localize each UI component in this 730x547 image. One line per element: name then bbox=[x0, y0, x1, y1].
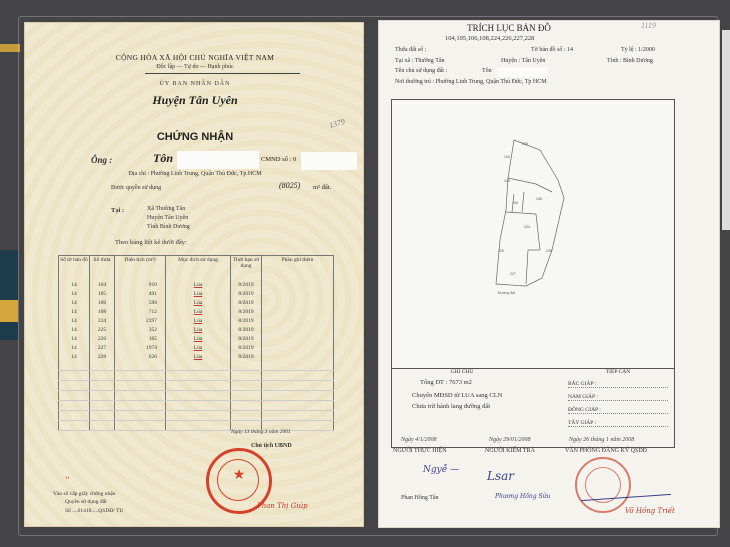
land-use: Lúa bbox=[194, 354, 203, 360]
empty-row bbox=[59, 411, 334, 421]
cell: Lúa bbox=[166, 343, 231, 352]
map-sheet: Tờ bản đồ số : 14 bbox=[531, 47, 573, 53]
district: Huyện : Tân Uyên bbox=[501, 58, 545, 64]
margin-note: 1119 bbox=[641, 21, 656, 30]
cell: 8/2019 bbox=[231, 280, 262, 289]
cell: 226 bbox=[90, 334, 115, 343]
cell: 14 bbox=[59, 307, 90, 316]
location-commune: Xã Thường Tân bbox=[147, 206, 185, 212]
map-extract-page: TRÍCH LỤC BẢN ĐỒ 1119 104,105,106,108,22… bbox=[378, 20, 720, 528]
cell: Lúa bbox=[166, 307, 231, 316]
owner-label: Tên chủ sử dụng đất : bbox=[395, 68, 447, 74]
cell: 712 bbox=[115, 307, 166, 316]
parcel-label-228: 228 bbox=[522, 142, 528, 146]
parcel-label-105: 105 bbox=[504, 179, 510, 183]
signer-name-3: Võ Hồng Triết bbox=[625, 507, 675, 515]
residence: Nơi thường trú : Phường Linh Trung, Quận… bbox=[395, 79, 547, 85]
table-intro: Theo bảng liệt kê dưới đây: bbox=[115, 239, 187, 246]
redacted-name bbox=[177, 151, 259, 169]
cell: 8/2019 bbox=[231, 289, 262, 298]
empty-row bbox=[59, 371, 334, 381]
col-header: Mục đích sử dụng bbox=[166, 256, 231, 281]
parcel-label-227: 227 bbox=[510, 272, 516, 276]
east-boundary: ĐÔNG GIÁP : bbox=[568, 407, 668, 414]
background-stripe bbox=[0, 250, 18, 340]
signer-name-2: Phương Hồng Sửu bbox=[495, 493, 550, 500]
cell: 14 bbox=[59, 289, 90, 298]
parcel-label: Thửa đất số : bbox=[395, 47, 426, 53]
cell bbox=[262, 280, 334, 289]
empty-row bbox=[59, 391, 334, 401]
cell: Lúa bbox=[166, 280, 231, 289]
certificate-title: CHỨNG NHẬN bbox=[25, 131, 364, 143]
cell: 8/2019 bbox=[231, 334, 262, 343]
background-stripe bbox=[0, 44, 20, 52]
table-row: 14108712Lúa8/2019 bbox=[59, 307, 334, 316]
cell: 14 bbox=[59, 334, 90, 343]
north-boundary: BẮC GIÁP : bbox=[568, 381, 668, 388]
cell bbox=[262, 298, 334, 307]
cell: 106 bbox=[90, 298, 115, 307]
access-heading: TIẾP CẬN bbox=[568, 369, 668, 375]
location-district: Huyện Tân Uyên bbox=[147, 215, 188, 221]
cell: 228 bbox=[90, 352, 115, 361]
cell: 598 bbox=[115, 298, 166, 307]
certificate-page: CỘNG HÒA XÃ HỘI CHỦ NGHĨA VIỆT NAM Độc l… bbox=[24, 22, 364, 527]
signature-role-3: VĂN PHÒNG ĐĂNG KÝ QSDĐ bbox=[565, 448, 647, 454]
signer-name-1: Phan Hồng Tân bbox=[401, 495, 439, 501]
motto: Độc lập — Tự do — Hạnh phúc bbox=[25, 64, 364, 70]
parcel-plot: 228 104 105 106 108 224 225 226 227 Đườn… bbox=[392, 100, 674, 368]
holder-label: Ông : bbox=[91, 155, 112, 165]
cell: 14 bbox=[59, 343, 90, 352]
registry-number: Số ....01410.....QSDĐ/ TU bbox=[65, 508, 123, 514]
cell bbox=[262, 343, 334, 352]
parcel-label-108: 108 bbox=[536, 197, 542, 201]
road-label: Đường đất bbox=[498, 291, 515, 295]
committee-label: ỦY BAN NHÂN DÂN bbox=[25, 81, 364, 87]
owner-name: Tôn bbox=[482, 68, 492, 74]
background-stripe bbox=[0, 300, 18, 322]
signature-role-1: NGƯỜI THỰC HIỆN bbox=[393, 448, 447, 454]
empty-row bbox=[59, 421, 334, 431]
empty-row bbox=[59, 361, 334, 371]
cell: 8/2019 bbox=[231, 352, 262, 361]
cell bbox=[262, 325, 334, 334]
cell: 105 bbox=[90, 289, 115, 298]
cell: Lúa bbox=[166, 352, 231, 361]
cell: 491 bbox=[115, 289, 166, 298]
area-unit: m² đất. bbox=[313, 184, 331, 191]
cell bbox=[262, 289, 334, 298]
cell: Lúa bbox=[166, 316, 231, 325]
holder-address: Địa chỉ : Phường Linh Trung, Quận Thủ Đứ… bbox=[25, 171, 364, 177]
cell: 14 bbox=[59, 352, 90, 361]
note-line-2: Chưa trừ hành lang đường đất bbox=[412, 403, 490, 410]
table-row: 14226165Lúa8/2019 bbox=[59, 334, 334, 343]
col-header: Phần ghi thêm bbox=[262, 256, 334, 281]
empty-row bbox=[59, 381, 334, 391]
empty-row bbox=[59, 401, 334, 411]
cell: 14 bbox=[59, 316, 90, 325]
signature-scribble-1: Ngyễ — bbox=[423, 465, 459, 475]
signature-date-2: Ngày 29/01/2008 bbox=[489, 437, 531, 443]
redacted-id bbox=[301, 152, 357, 170]
registry-line-2: Quyền sử dụng đất bbox=[65, 499, 107, 505]
south-boundary: NAM GIÁP : bbox=[568, 394, 668, 401]
cell: 108 bbox=[90, 307, 115, 316]
cell: 8/2019 bbox=[231, 325, 262, 334]
parcel-label-106: 106 bbox=[512, 201, 518, 205]
cell: 8/2019 bbox=[231, 343, 262, 352]
cell: 227 bbox=[90, 343, 115, 352]
cell: Lúa bbox=[166, 298, 231, 307]
registry-line-1: Vào sổ cấp giấy chứng nhận bbox=[53, 491, 115, 497]
col-header: Số tờ bản đồ bbox=[59, 256, 90, 281]
table-row: 14105491Lúa8/2019 bbox=[59, 289, 334, 298]
cell: Lúa bbox=[166, 289, 231, 298]
total-area: (8025) bbox=[279, 181, 300, 190]
table-row: 14225352Lúa8/2019 bbox=[59, 325, 334, 334]
map-scale: Tỷ lệ : 1/2000 bbox=[621, 47, 655, 53]
col-header: Diện tích (m²) bbox=[115, 256, 166, 281]
commune: Tại xã : Thường Tân bbox=[395, 58, 445, 64]
cell bbox=[262, 334, 334, 343]
notes-heading: GHI CHÚ bbox=[392, 369, 532, 375]
stamp-star-icon: ★ bbox=[209, 467, 269, 484]
col-header: Thời hạn sử dụng bbox=[231, 256, 262, 281]
land-use: Lúa bbox=[194, 318, 203, 324]
cell: 14 bbox=[59, 280, 90, 289]
parcel-label-226: 226 bbox=[546, 249, 552, 253]
cadastral-map: 228 104 105 106 108 224 225 226 227 Đườn… bbox=[391, 99, 675, 369]
signature-date-3: Ngày 26 tháng 1 năm 2008 bbox=[569, 437, 634, 443]
use-right-label: Được quyền sử dụng bbox=[111, 185, 161, 191]
parcel-label-224: 224 bbox=[524, 225, 530, 229]
province: Tỉnh : Bình Dương bbox=[607, 58, 653, 64]
registry-office-stamp bbox=[575, 457, 631, 513]
signature-date-1: Ngày 4/1/2008 bbox=[401, 437, 437, 443]
notes-section: GHI CHÚ Tổng DT : 7673 m2 Chuyển MĐSD từ… bbox=[391, 367, 675, 448]
col-header: Số thửa bbox=[90, 256, 115, 281]
total-area: Tổng DT : 7673 m2 bbox=[420, 379, 472, 386]
red-annotation: ʺ bbox=[65, 475, 69, 485]
land-use: Lúa bbox=[194, 345, 203, 351]
cell: 2197 bbox=[115, 316, 166, 325]
west-boundary: TÂY GIÁP : bbox=[568, 420, 668, 427]
table-row: 14106598Lúa8/2019 bbox=[59, 298, 334, 307]
cell: 352 bbox=[115, 325, 166, 334]
parcel-table: Số tờ bản đồ Số thửa Diện tích (m²) Mục … bbox=[58, 255, 334, 431]
chairman-signature: Phan Thị Giúp bbox=[257, 502, 308, 510]
land-use: Lúa bbox=[194, 309, 203, 315]
parcel-label-104: 104 bbox=[504, 155, 510, 159]
land-use: Lúa bbox=[194, 300, 203, 306]
land-use: Lúa bbox=[194, 282, 203, 288]
header-divider bbox=[145, 73, 300, 74]
redacted-owner bbox=[497, 67, 547, 77]
background-stripe bbox=[722, 30, 730, 230]
cell: 225 bbox=[90, 325, 115, 334]
cell: 8/2019 bbox=[231, 298, 262, 307]
land-use: Lúa bbox=[194, 327, 203, 333]
note-line-1: Chuyển MĐSD từ LUA sang CLN bbox=[412, 392, 502, 399]
cell: 165 bbox=[115, 334, 166, 343]
land-use: Lúa bbox=[194, 336, 203, 342]
signature-title: Chủ tịch UBND bbox=[251, 443, 292, 449]
id-label: CMND số : 0 bbox=[261, 156, 296, 163]
location-label: Tại : bbox=[111, 207, 124, 214]
cell: 14 bbox=[59, 325, 90, 334]
table-row: 14228626Lúa8/2019 bbox=[59, 352, 334, 361]
table-row: 142271974Lúa8/2019 bbox=[59, 343, 334, 352]
cell: 910 bbox=[115, 280, 166, 289]
cell: 8/2019 bbox=[231, 316, 262, 325]
cell bbox=[262, 352, 334, 361]
map-extract-title: TRÍCH LỤC BẢN ĐỒ bbox=[379, 23, 639, 33]
signature-date: Ngày 13 tháng 3 năm 2001 bbox=[231, 429, 291, 435]
cell: Lúa bbox=[166, 325, 231, 334]
cell bbox=[262, 316, 334, 325]
district-name: Huyện Tân Uyên bbox=[25, 93, 364, 108]
cell: Lúa bbox=[166, 334, 231, 343]
parcel-numbers: 104,105,106,108,224,226,227,228 bbox=[445, 35, 534, 42]
holder-name: Tôn bbox=[153, 151, 173, 166]
cell: 8/2019 bbox=[231, 307, 262, 316]
table-row: 14104910Lúa8/2019 bbox=[59, 280, 334, 289]
table-row: 142242197Lúa8/2019 bbox=[59, 316, 334, 325]
land-use: Lúa bbox=[194, 291, 203, 297]
location-province: Tỉnh Bình Dương bbox=[147, 224, 190, 230]
signature-scribble-2: Lsar bbox=[487, 469, 514, 483]
cell: 224 bbox=[90, 316, 115, 325]
cell: 1974 bbox=[115, 343, 166, 352]
signature-role-2: NGƯỜI KIỂM TRA bbox=[485, 448, 535, 454]
cell: 104 bbox=[90, 280, 115, 289]
country-header: CỘNG HÒA XÃ HỘI CHỦ NGHĨA VIỆT NAM bbox=[25, 53, 364, 62]
cell bbox=[262, 307, 334, 316]
cell: 626 bbox=[115, 352, 166, 361]
parcel-label-225: 225 bbox=[498, 249, 504, 253]
cell: 14 bbox=[59, 298, 90, 307]
